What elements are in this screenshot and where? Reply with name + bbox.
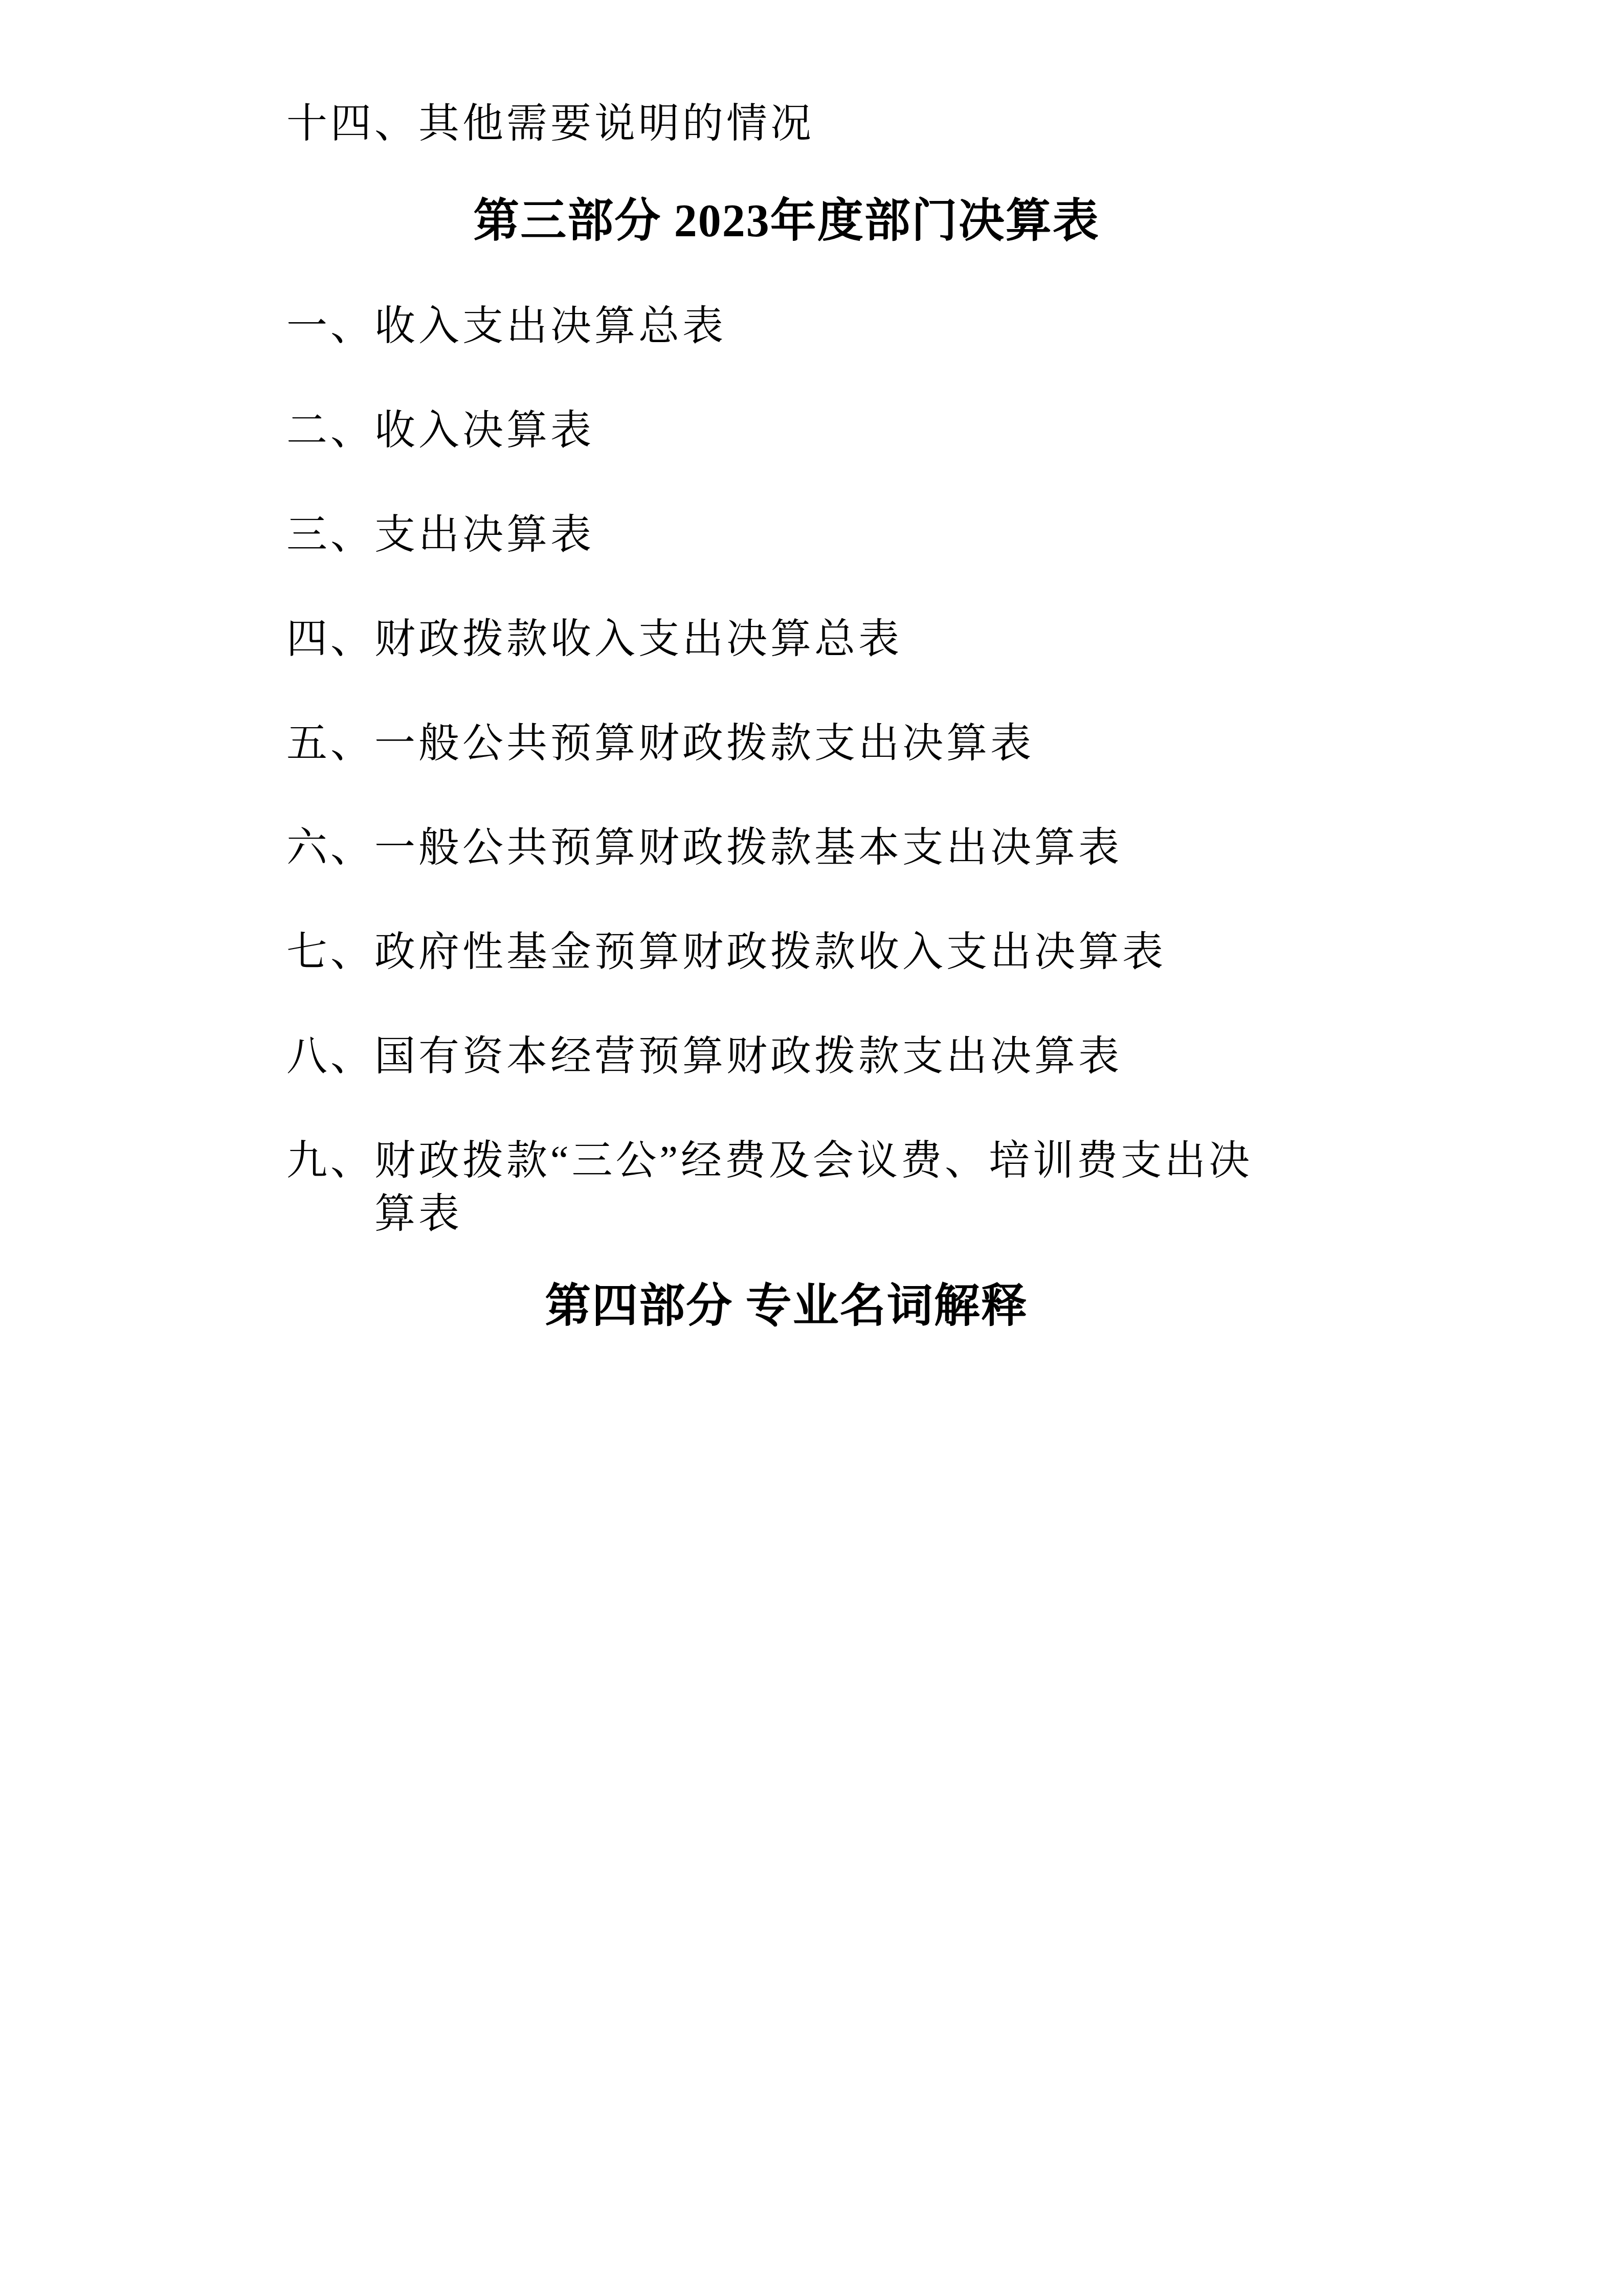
toc-item-6: 六、一般公共预算财政拨款基本支出决算表 <box>286 821 1286 874</box>
toc-item-3: 三、支出决算表 <box>286 508 1286 561</box>
toc-item-fourteen: 十四、其他需要说明的情况 <box>286 97 1286 150</box>
toc-item-4: 四、财政拨款收入支出决算总表 <box>286 613 1286 666</box>
toc-item-1: 一、收入支出决算总表 <box>286 300 1286 353</box>
part4-heading: 第四部分 专业名词解释 <box>286 1276 1286 1336</box>
toc-item-8: 八、国有资本经营预算财政拨款支出决算表 <box>286 1030 1286 1083</box>
toc-item-9: 九、财政拨款“三公”经费及会议费、培训费支出决算表 <box>286 1134 1286 1241</box>
toc-item-5: 五、一般公共预算财政拨款支出决算表 <box>286 717 1286 770</box>
part3-toc-list: 一、收入支出决算总表 二、收入决算表 三、支出决算表 四、财政拨款收入支出决算总… <box>286 300 1286 1241</box>
toc-item-7: 七、政府性基金预算财政拨款收入支出决算表 <box>286 926 1286 979</box>
part3-heading: 第三部分 2023年度部门决算表 <box>286 191 1286 251</box>
document-page: 十四、其他需要说明的情况 第三部分 2023年度部门决算表 一、收入支出决算总表… <box>0 0 1624 2296</box>
toc-item-2: 二、收入决算表 <box>286 404 1286 457</box>
